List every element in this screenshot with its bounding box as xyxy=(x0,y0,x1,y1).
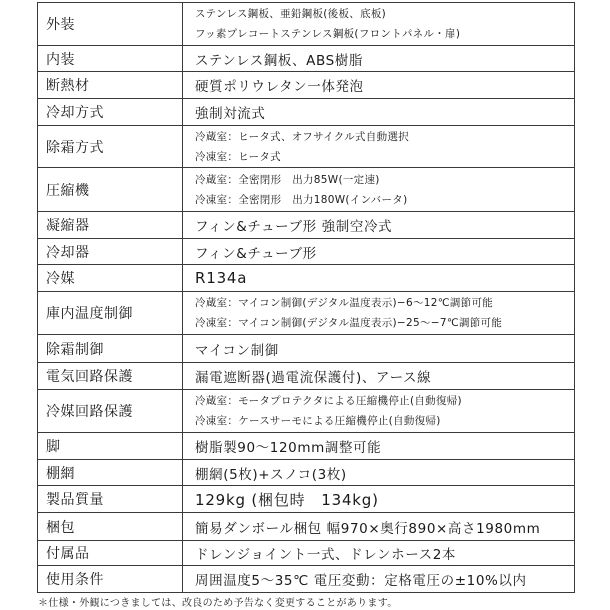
spec-row: 使用条件周囲温度5〜35℃ 電圧変動：定格電圧の±10%以内 xyxy=(38,566,575,593)
spec-value-line: 簡易ダンボール梱包 幅970×奥行890×高さ1980mm xyxy=(195,517,574,537)
spec-row: 梱包簡易ダンボール梱包 幅970×奥行890×高さ1980mm xyxy=(38,513,575,541)
spec-value-line: フィン&チューブ形 強制空冷式 xyxy=(195,215,574,235)
spec-value: 129kg (梱包時 134kg) xyxy=(183,486,575,513)
spec-row: 除霜制御マイコン制御 xyxy=(38,335,575,363)
footnote: ＊仕様・外観につきましては、改良のため予告なく変更することがあります。 xyxy=(38,594,398,609)
spec-label: 冷媒回路保護 xyxy=(38,390,183,433)
spec-value: フィン&チューブ形 xyxy=(183,239,575,265)
spec-value: 棚網(5枚)+スノコ(3枚) xyxy=(183,460,575,486)
spec-row: 棚網棚網(5枚)+スノコ(3枚) xyxy=(38,460,575,486)
spec-value-line: ドレンジョイント一式、ドレンホース2本 xyxy=(195,543,574,563)
spec-value-line: 冷凍室：ケースサーモによる圧縮機停止(自動復帰) xyxy=(195,411,574,431)
spec-label: 電気回路保護 xyxy=(38,363,183,390)
spec-label: 庫内温度制御 xyxy=(38,292,183,335)
spec-row: 電気回路保護漏電遮断器(過電流保護付)、アース線 xyxy=(38,363,575,390)
spec-value-line: 冷蔵室：ヒータ式、オフサイクル式自動選択 xyxy=(195,127,574,147)
spec-value-line: ステンレス鋼板、亜鉛鋼板(後板、底板) xyxy=(195,4,574,24)
spec-value-line: 冷凍室：マイコン制御(デジタル温度表示)−25〜−7℃調節可能 xyxy=(195,313,574,333)
spec-value-line: 冷凍室：全密閉形 出力180W(インバータ) xyxy=(195,190,574,210)
spec-value: 周囲温度5〜35℃ 電圧変動：定格電圧の±10%以内 xyxy=(183,566,575,593)
spec-label: 除霜制御 xyxy=(38,335,183,363)
spec-value: マイコン制御 xyxy=(183,335,575,363)
spec-row: 製品質量129kg (梱包時 134kg) xyxy=(38,486,575,513)
spec-value-line: 冷蔵室：全密閉形 出力85W(一定速) xyxy=(195,170,574,190)
spec-label: 断熱材 xyxy=(38,72,183,99)
spec-row: 脚樹脂製90〜120mm調整可能 xyxy=(38,433,575,460)
spec-label: 冷媒 xyxy=(38,265,183,292)
spec-value-line: マイコン制御 xyxy=(195,339,574,359)
spec-value: 強制対流式 xyxy=(183,99,575,126)
spec-value: 簡易ダンボール梱包 幅970×奥行890×高さ1980mm xyxy=(183,513,575,541)
spec-row: 圧縮機冷蔵室：全密閉形 出力85W(一定速)冷凍室：全密閉形 出力180W(イン… xyxy=(38,168,575,212)
spec-label: 冷却方式 xyxy=(38,99,183,126)
spec-label: 梱包 xyxy=(38,513,183,541)
spec-label: 内装 xyxy=(38,46,183,72)
spec-value: 漏電遮断器(過電流保護付)、アース線 xyxy=(183,363,575,390)
spec-value: 硬質ポリウレタン一体発泡 xyxy=(183,72,575,99)
spec-row: 凝縮器フィン&チューブ形 強制空冷式 xyxy=(38,212,575,239)
spec-label: 付属品 xyxy=(38,541,183,566)
spec-label: 除霜方式 xyxy=(38,126,183,168)
spec-row: 断熱材硬質ポリウレタン一体発泡 xyxy=(38,72,575,99)
spec-row: 除霜方式冷蔵室：ヒータ式、オフサイクル式自動選択冷凍室：ヒータ式 xyxy=(38,126,575,168)
spec-value-line: 周囲温度5〜35℃ 電圧変動：定格電圧の±10%以内 xyxy=(195,569,574,589)
spec-row: 冷媒回路保護冷蔵室：モータプロテクタによる圧縮機停止(自動復帰)冷凍室：ケースサ… xyxy=(38,390,575,433)
spec-value-line: 冷蔵室：マイコン制御(デジタル温度表示)−6〜12℃調節可能 xyxy=(195,293,574,313)
spec-value-line: 漏電遮断器(過電流保護付)、アース線 xyxy=(195,366,574,386)
spec-value: ステンレス鋼板、ABS樹脂 xyxy=(183,46,575,72)
spec-row: 冷媒R134a xyxy=(38,265,575,292)
spec-label: 外装 xyxy=(38,3,183,46)
spec-label: 製品質量 xyxy=(38,486,183,513)
spec-value-line: 樹脂製90〜120mm調整可能 xyxy=(195,436,574,456)
spec-value: 冷蔵室：マイコン制御(デジタル温度表示)−6〜12℃調節可能冷凍室：マイコン制御… xyxy=(183,292,575,335)
spec-row: 冷却方式強制対流式 xyxy=(38,99,575,126)
spec-value: 樹脂製90〜120mm調整可能 xyxy=(183,433,575,460)
spec-value-line: 129kg (梱包時 134kg) xyxy=(195,489,574,510)
spec-table: 外装ステンレス鋼板、亜鉛鋼板(後板、底板)フッ素プレコートステンレス鋼板(フロン… xyxy=(37,2,575,593)
spec-value: ステンレス鋼板、亜鉛鋼板(後板、底板)フッ素プレコートステンレス鋼板(フロントパ… xyxy=(183,3,575,46)
spec-value: R134a xyxy=(183,265,575,292)
spec-value: 冷蔵室：全密閉形 出力85W(一定速)冷凍室：全密閉形 出力180W(インバータ… xyxy=(183,168,575,212)
spec-row: 冷却器フィン&チューブ形 xyxy=(38,239,575,265)
spec-table-body: 外装ステンレス鋼板、亜鉛鋼板(後板、底板)フッ素プレコートステンレス鋼板(フロン… xyxy=(38,3,575,593)
spec-value-line: R134a xyxy=(195,269,574,287)
spec-value-line: 強制対流式 xyxy=(195,102,574,122)
spec-value-line: フッ素プレコートステンレス鋼板(フロントパネル・扉) xyxy=(195,24,574,44)
spec-value-line: 冷凍室：ヒータ式 xyxy=(195,147,574,167)
spec-row: 内装ステンレス鋼板、ABS樹脂 xyxy=(38,46,575,72)
spec-row: 庫内温度制御冷蔵室：マイコン制御(デジタル温度表示)−6〜12℃調節可能冷凍室：… xyxy=(38,292,575,335)
spec-label: 凝縮器 xyxy=(38,212,183,239)
spec-value-line: 硬質ポリウレタン一体発泡 xyxy=(195,75,574,95)
spec-label: 使用条件 xyxy=(38,566,183,593)
spec-value-line: フィン&チューブ形 xyxy=(195,242,574,262)
spec-label: 圧縮機 xyxy=(38,168,183,212)
spec-label: 棚網 xyxy=(38,460,183,486)
spec-value: 冷蔵室：モータプロテクタによる圧縮機停止(自動復帰)冷凍室：ケースサーモによる圧… xyxy=(183,390,575,433)
spec-label: 冷却器 xyxy=(38,239,183,265)
spec-row: 付属品ドレンジョイント一式、ドレンホース2本 xyxy=(38,541,575,566)
spec-row: 外装ステンレス鋼板、亜鉛鋼板(後板、底板)フッ素プレコートステンレス鋼板(フロン… xyxy=(38,3,575,46)
spec-value: 冷蔵室：ヒータ式、オフサイクル式自動選択冷凍室：ヒータ式 xyxy=(183,126,575,168)
spec-value: フィン&チューブ形 強制空冷式 xyxy=(183,212,575,239)
spec-value-line: ステンレス鋼板、ABS樹脂 xyxy=(195,49,574,69)
spec-value-line: 冷蔵室：モータプロテクタによる圧縮機停止(自動復帰) xyxy=(195,391,574,411)
spec-label: 脚 xyxy=(38,433,183,460)
spec-value-line: 棚網(5枚)+スノコ(3枚) xyxy=(195,463,574,483)
spec-value: ドレンジョイント一式、ドレンホース2本 xyxy=(183,541,575,566)
